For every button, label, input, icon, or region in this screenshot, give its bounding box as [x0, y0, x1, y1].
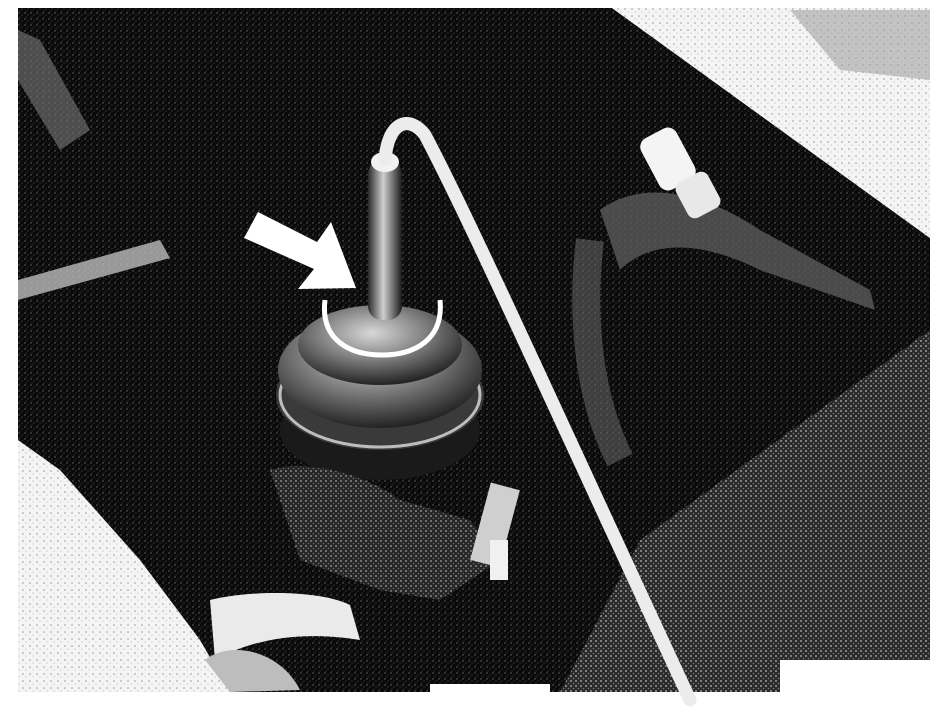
- engine-photo: [0, 0, 937, 713]
- diaphragm-stem: [368, 160, 402, 320]
- diaphragm-housing: [276, 300, 484, 480]
